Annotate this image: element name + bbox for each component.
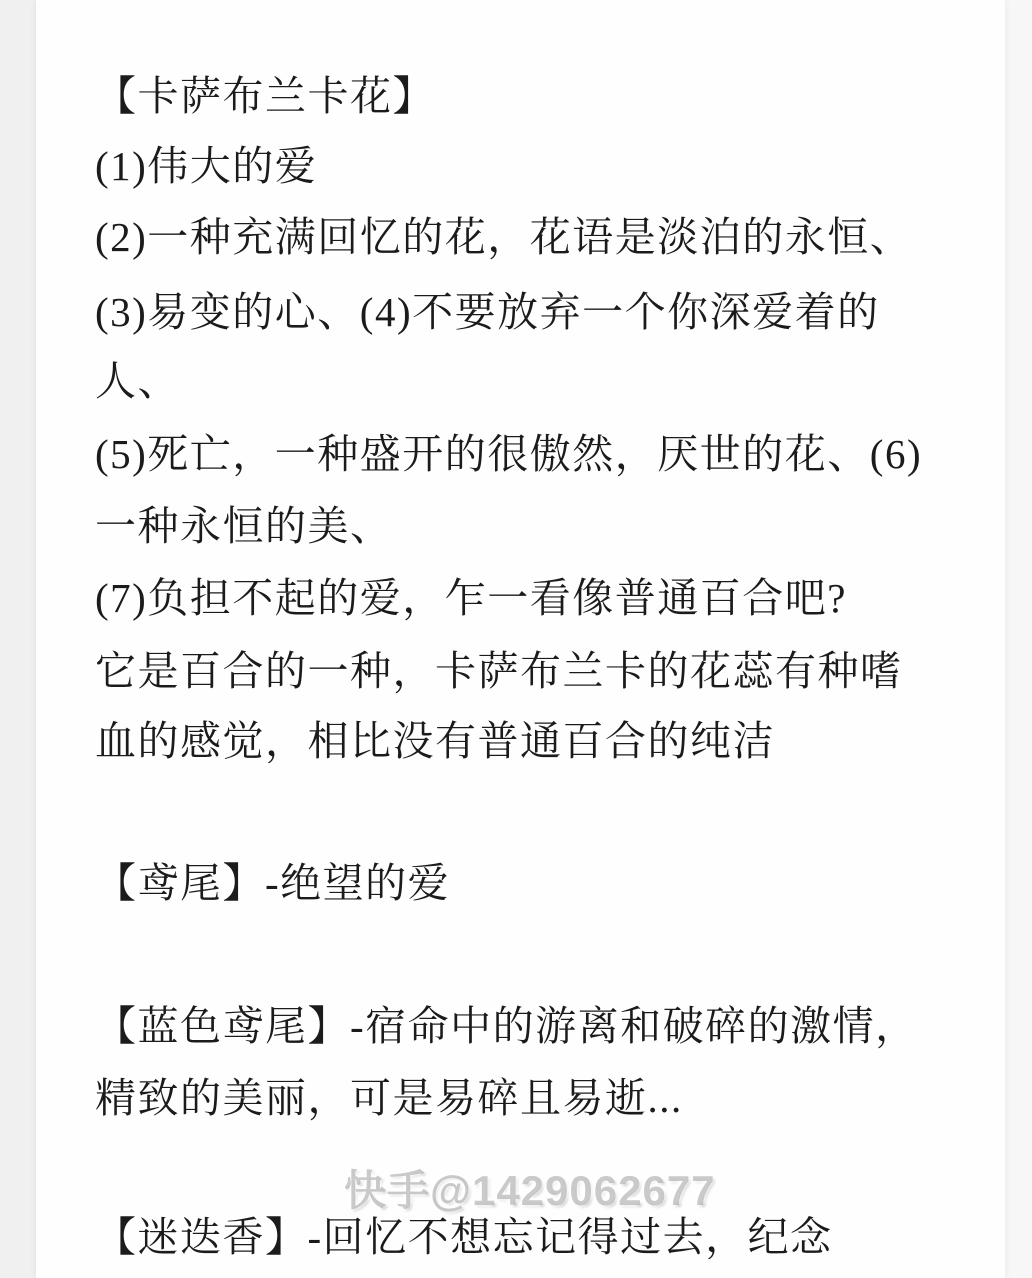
text-line: 血的感觉，相比没有普通百合的纯洁 xyxy=(95,716,985,766)
left-gutter xyxy=(0,0,36,1278)
section-title-blue-iris: 【蓝色鸢尾】-宿命中的游离和破碎的激情， xyxy=(95,1001,985,1051)
section-title-casablanca: 【卡萨布兰卡花】 xyxy=(95,71,985,121)
text-line: (5)死亡，一种盛开的很傲然，厌世的花、(6) xyxy=(95,429,985,479)
text-line: 它是百合的一种，卡萨布兰卡的花蕊有种嗜 xyxy=(95,646,985,696)
text-line: 一种永恒的美、 xyxy=(95,501,985,551)
text-page: 【卡萨布兰卡花】 (1)伟大的爱 (2)一种充满回忆的花，花语是淡泊的永恒、 (… xyxy=(36,0,1005,1278)
section-title-rosemary: 【迷迭香】-回忆不想忘记得过去，纪念 xyxy=(95,1212,985,1262)
text-line: (3)易变的心、(4)不要放弃一个你深爱着的 xyxy=(95,287,985,337)
kuaishou-watermark: 快手@1429062677 xyxy=(344,1166,716,1216)
text-image-post: 【卡萨布兰卡花】 (1)伟大的爱 (2)一种充满回忆的花，花语是淡泊的永恒、 (… xyxy=(0,0,1032,1278)
section-title-iris: 【鸢尾】-绝望的爱 xyxy=(95,858,985,908)
text-line: 精致的美丽，可是易碎且易逝... xyxy=(95,1073,985,1123)
text-line: 人、 xyxy=(95,356,985,406)
text-line: (1)伟大的爱 xyxy=(95,141,985,191)
right-gutter xyxy=(1005,0,1032,1278)
text-line: (2)一种充满回忆的花，花语是淡泊的永恒、 xyxy=(95,212,985,262)
text-line: (7)负担不起的爱，乍一看像普通百合吧? xyxy=(95,573,985,623)
